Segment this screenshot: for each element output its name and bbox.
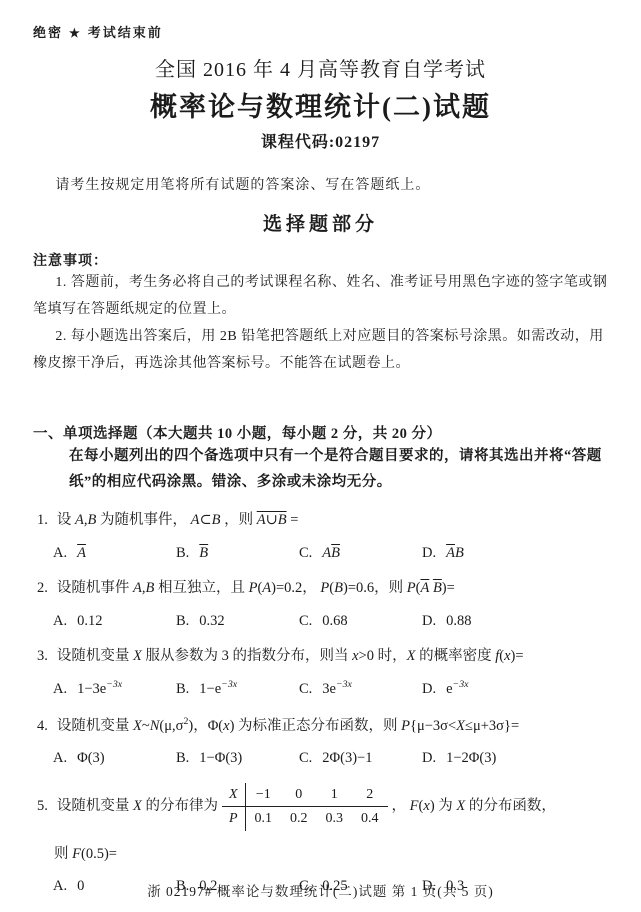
- option-value: 0.32: [199, 613, 224, 629]
- question-4: 4.设随机变量 X~N(μ,σ2)，Φ(x) 为标准正态分布函数，则 P{μ−3…: [37, 714, 608, 770]
- question-1: 1.设 A,B 为随机事件， A⊂B ，则 A∪B = A.A B.B C.AB…: [37, 509, 608, 564]
- option-label: D.: [422, 545, 436, 561]
- question-stem: 设随机变量 X~N(μ,σ2)，Φ(x) 为标准正态分布函数，则 P{μ−3σ<…: [57, 718, 519, 734]
- option-label: D.: [422, 681, 436, 697]
- question-5-stem-line2: 则 F(0.5)=: [54, 843, 608, 865]
- page-footer: 浙 02197# 概率论与数理统计(二)试题 第 1 页(共 5 页): [0, 880, 641, 900]
- option-label: C.: [299, 613, 312, 629]
- option-label: A.: [53, 545, 67, 561]
- section-part-title: 选择题部分: [33, 209, 608, 236]
- question-3-options: A.1−3e−3x B.1−e−3x C.3e−3x D.e−3x: [53, 677, 608, 700]
- table-row-p: P 0.1 0.2 0.3 0.4: [222, 807, 388, 831]
- notice-item-2: 2. 每小题选出答案后，用 2B 铅笔把答题纸上对应题目的答案标号涂黑。如需改动…: [33, 324, 608, 378]
- option-label: B.: [176, 681, 189, 697]
- table-cell: 2: [352, 783, 388, 807]
- option-value: 1−2Φ(3): [446, 750, 496, 766]
- option-label: A.: [53, 613, 67, 629]
- option-b: B.0.32: [176, 610, 299, 632]
- option-label: D.: [422, 750, 436, 766]
- question-4-options: A.Φ(3) B.1−Φ(3) C.2Φ(3)−1 D.1−2Φ(3): [53, 747, 608, 769]
- question-3-stem-row: 3.设随机变量 X 服从参数为 3 的指数分布，则当 x>0 时，X 的概率密度…: [37, 645, 608, 667]
- option-c: C.3e−3x: [299, 677, 422, 700]
- question-number: 3.: [37, 648, 48, 664]
- option-a: A.0.12: [53, 610, 176, 632]
- paper-title: 概率论与数理统计(二)试题: [33, 85, 608, 124]
- option-b: B.1−e−3x: [176, 677, 299, 700]
- table-cell: 0: [281, 783, 317, 807]
- table-cell: 0.4: [352, 807, 388, 831]
- question-stem: 设随机事件 A,B 相互独立，且 P(A)=0.2， P(B)=0.6，则 P(…: [57, 580, 455, 596]
- question-3: 3.设随机变量 X 服从参数为 3 的指数分布，则当 x>0 时，X 的概率密度…: [37, 645, 608, 701]
- table-cell: 0.1: [245, 807, 281, 831]
- question-stem: 设 A,B 为随机事件， A⊂B ，则 A∪B =: [57, 512, 299, 528]
- option-value: 0.68: [322, 613, 347, 629]
- option-label: B.: [176, 613, 189, 629]
- question-number: 4.: [37, 718, 48, 734]
- option-value: 1−3e−3x: [77, 681, 122, 697]
- question-1-stem-row: 1.设 A,B 为随机事件， A⊂B ，则 A∪B =: [37, 509, 608, 531]
- option-d: D.e−3x: [422, 677, 468, 700]
- exam-page: 绝密★考试结束前 全国 2016 年 4 月高等教育自学考试 概率论与数理统计(…: [0, 0, 641, 912]
- question-2-stem-row: 2.设随机事件 A,B 相互独立，且 P(A)=0.2， P(B)=0.6，则 …: [37, 577, 608, 599]
- option-c: C.AB: [299, 542, 422, 564]
- table-cell: −1: [245, 783, 281, 807]
- option-value: AB: [446, 545, 464, 561]
- table-cell: 1: [317, 783, 353, 807]
- notice-title: 注意事项：: [33, 250, 608, 270]
- table-cell: 0.3: [317, 807, 353, 831]
- question-stem-after: ， F(x) 为 X 的分布函数，: [392, 795, 556, 817]
- course-code: 课程代码:02197: [33, 129, 608, 152]
- question-2-options: A.0.12 B.0.32 C.0.68 D.0.88: [53, 610, 608, 632]
- option-a: A.A: [53, 542, 176, 564]
- section-one-subheading: 在每小题列出的四个备选项中只有一个是符合题目要求的，请将其选出并将“答题纸”的相…: [69, 443, 608, 497]
- option-label: B.: [176, 545, 189, 561]
- question-2: 2.设随机事件 A,B 相互独立，且 P(A)=0.2， P(B)=0.6，则 …: [37, 577, 608, 632]
- option-label: A.: [53, 750, 67, 766]
- option-value: AB: [322, 545, 340, 561]
- option-value: e−3x: [446, 681, 468, 697]
- question-number: 1.: [37, 512, 48, 528]
- option-label: C.: [299, 750, 312, 766]
- option-value: A: [77, 545, 86, 561]
- distribution-table: X −1 0 1 2 P 0.1 0.2 0.3 0.4: [222, 783, 388, 831]
- option-value: 1−Φ(3): [199, 750, 242, 766]
- answer-instruction: 请考生按规定用笔将所有试题的答案涂、写在答题纸上。: [33, 174, 608, 194]
- option-value: Φ(3): [77, 750, 105, 766]
- question-stem: 设随机变量 X 服从参数为 3 的指数分布，则当 x>0 时，X 的概率密度 f…: [57, 648, 524, 664]
- option-value: 2Φ(3)−1: [322, 750, 372, 766]
- option-c: C.0.68: [299, 610, 422, 632]
- option-label: C.: [299, 545, 312, 561]
- question-number: 2.: [37, 580, 48, 596]
- exam-title: 全国 2016 年 4 月高等教育自学考试: [33, 53, 608, 82]
- table-cell: P: [222, 807, 245, 831]
- section-one-heading: 一、单项选择题（本大题共 10 小题，每小题 2 分，共 20 分）: [33, 422, 608, 443]
- table-cell: X: [222, 783, 245, 807]
- option-value: 1−e−3x: [199, 681, 237, 697]
- option-label: D.: [422, 613, 436, 629]
- option-d: D.AB: [422, 542, 464, 564]
- option-a: A.Φ(3): [53, 747, 176, 769]
- question-4-stem-row: 4.设随机变量 X~N(μ,σ2)，Φ(x) 为标准正态分布函数，则 P{μ−3…: [37, 714, 608, 737]
- table-row-x: X −1 0 1 2: [222, 783, 388, 807]
- option-label: A.: [53, 681, 67, 697]
- question-number: 5.: [37, 795, 48, 817]
- option-value: 0.12: [77, 613, 102, 629]
- option-label: C.: [299, 681, 312, 697]
- option-value: 3e−3x: [322, 681, 352, 697]
- option-d: D.0.88: [422, 610, 471, 632]
- option-b: B.B: [176, 542, 299, 564]
- option-c: C.2Φ(3)−1: [299, 747, 422, 769]
- classified-prefix: 绝密: [33, 25, 63, 40]
- notice-item-1: 1. 答题前，考生务必将自己的考试课程名称、姓名、准考证号用黑色字迹的签字笔或钢…: [33, 270, 608, 324]
- star-icon: ★: [69, 26, 82, 40]
- option-b: B.1−Φ(3): [176, 747, 299, 769]
- option-value: 0.88: [446, 613, 471, 629]
- question-5-stem-row: 5.设随机变量 X 的分布律为 X −1 0 1 2 P 0.1 0.2 0.3…: [37, 783, 608, 831]
- classified-suffix: 考试结束前: [88, 25, 163, 40]
- option-d: D.1−2Φ(3): [422, 747, 496, 769]
- option-a: A.1−3e−3x: [53, 677, 176, 700]
- question-1-options: A.A B.B C.AB D.AB: [53, 542, 608, 564]
- option-label: B.: [176, 750, 189, 766]
- classified-banner: 绝密★考试结束前: [33, 22, 608, 41]
- question-stem-before: 设随机变量 X 的分布律为: [57, 795, 218, 817]
- option-value: B: [199, 545, 208, 561]
- table-cell: 0.2: [281, 807, 317, 831]
